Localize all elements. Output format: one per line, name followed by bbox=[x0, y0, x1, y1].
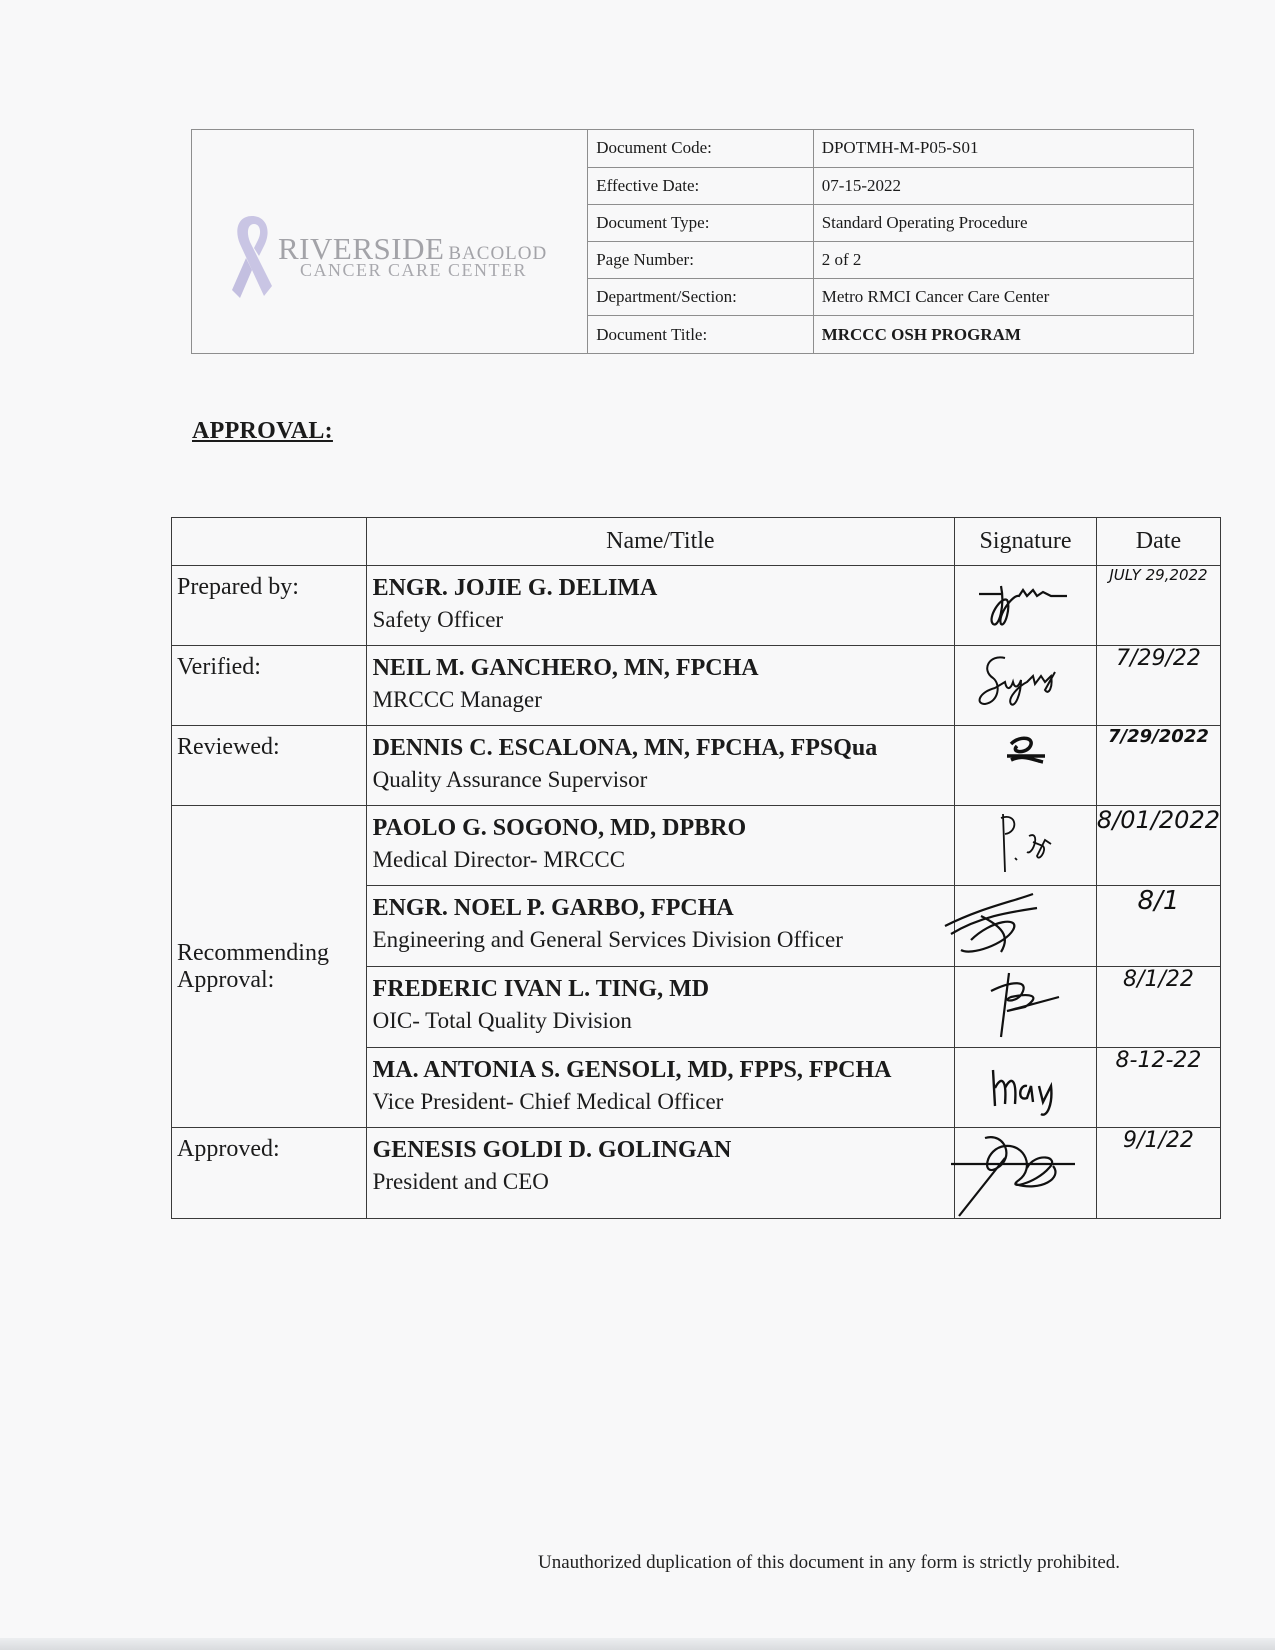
table-row: Approved: GENESIS GOLDI D. GOLINGAN Pres… bbox=[172, 1128, 1221, 1219]
date-cell: 8-12-22 bbox=[1096, 1048, 1220, 1128]
signature-cell bbox=[955, 726, 1097, 806]
signature-scribble-icon bbox=[971, 967, 1081, 1047]
meta-row: Document Type: Standard Operating Proced… bbox=[588, 204, 1193, 241]
role-label: Recommending Approval: bbox=[172, 806, 367, 1128]
meta-label: Document Code: bbox=[588, 130, 813, 167]
table-row: Reviewed: DENNIS C. ESCALONA, MN, FPCHA,… bbox=[172, 726, 1221, 806]
column-header-date: Date bbox=[1096, 518, 1220, 566]
role-label: Prepared by: bbox=[172, 566, 367, 646]
table-row: Recommending Approval: PAOLO G. SOGONO, … bbox=[172, 806, 1221, 886]
table-row: Prepared by: ENGR. JOJIE G. DELIMA Safet… bbox=[172, 566, 1221, 646]
document-title: MRCCC OSH PROGRAM bbox=[813, 316, 1193, 353]
date-cell: 7/29/22 bbox=[1096, 646, 1220, 726]
meta-value: DPOTMH-M-P05-S01 bbox=[813, 130, 1193, 167]
meta-row: Effective Date: 07-15-2022 bbox=[588, 167, 1193, 204]
meta-row: Department/Section: Metro RMCI Cancer Ca… bbox=[588, 279, 1193, 316]
meta-row: Document Title: MRCCC OSH PROGRAM bbox=[588, 316, 1193, 353]
document-header: RIVERSIDEBACOLOD CANCER CARE CENTER Docu… bbox=[191, 129, 1194, 354]
meta-row: Page Number: 2 of 2 bbox=[588, 241, 1193, 278]
name-title-cell: PAOLO G. SOGONO, MD, DPBRO Medical Direc… bbox=[366, 806, 955, 886]
name-title-cell: FREDERIC IVAN L. TING, MD OIC- Total Qua… bbox=[366, 967, 955, 1048]
date-value: 8/01/2022 bbox=[1097, 806, 1220, 834]
signature-scribble-icon bbox=[971, 1048, 1081, 1118]
person-title: Quality Assurance Supervisor bbox=[373, 764, 949, 796]
meta-label: Document Type: bbox=[588, 204, 813, 241]
person-name: ENGR. NOEL P. GARBO, FPCHA bbox=[373, 892, 949, 924]
role-label: Approved: bbox=[172, 1128, 367, 1219]
date-cell: 7/29/2022 bbox=[1096, 726, 1220, 806]
column-header-name-title: Name/Title bbox=[366, 518, 955, 566]
signature-cell bbox=[955, 566, 1097, 646]
name-title-cell: DENNIS C. ESCALONA, MN, FPCHA, FPSQua Qu… bbox=[366, 726, 955, 806]
person-name: ENGR. JOJIE G. DELIMA bbox=[373, 572, 949, 604]
signature-scribble-icon bbox=[941, 886, 1071, 966]
date-value: 8/1 bbox=[1138, 886, 1180, 916]
company-logo: RIVERSIDEBACOLOD CANCER CARE CENTER bbox=[228, 212, 547, 300]
date-cell: 8/01/2022 bbox=[1096, 806, 1220, 886]
name-title-cell: NEIL M. GANCHERO, MN, FPCHA MRCCC Manage… bbox=[366, 646, 955, 726]
column-header-signature: Signature bbox=[955, 518, 1097, 566]
person-name: MA. ANTONIA S. GENSOLI, MD, FPPS, FPCHA bbox=[373, 1054, 949, 1086]
person-name: GENESIS GOLDI D. GOLINGAN bbox=[373, 1134, 949, 1166]
date-cell: 8/1/22 bbox=[1096, 967, 1220, 1048]
brand-tagline: CANCER CARE CENTER bbox=[300, 261, 547, 279]
person-title: OIC- Total Quality Division bbox=[373, 1005, 949, 1037]
approval-heading: APPROVAL: bbox=[192, 418, 333, 445]
person-name: DENNIS C. ESCALONA, MN, FPCHA, FPSQua bbox=[373, 732, 949, 764]
signature-cell bbox=[955, 967, 1097, 1048]
signature-cell bbox=[955, 1048, 1097, 1128]
signature-cell bbox=[955, 806, 1097, 886]
approval-table: Name/Title Signature Date Prepared by: E… bbox=[171, 517, 1221, 1219]
person-title: President and CEO bbox=[373, 1166, 949, 1198]
role-label: Verified: bbox=[172, 646, 367, 726]
date-cell: 8/1 bbox=[1096, 886, 1220, 967]
signature-cell bbox=[955, 1128, 1097, 1219]
meta-label: Department/Section: bbox=[588, 279, 813, 316]
table-header-row: Name/Title Signature Date bbox=[172, 518, 1221, 566]
date-value: 8/1/22 bbox=[1123, 967, 1194, 992]
name-title-cell: ENGR. NOEL P. GARBO, FPCHA Engineering a… bbox=[366, 886, 955, 967]
person-title: Medical Director- MRCCC bbox=[373, 844, 949, 876]
name-title-cell: GENESIS GOLDI D. GOLINGAN President and … bbox=[366, 1128, 955, 1219]
role-label: Reviewed: bbox=[172, 726, 367, 806]
meta-row: Document Code: DPOTMH-M-P05-S01 bbox=[588, 130, 1193, 167]
meta-label: Page Number: bbox=[588, 241, 813, 278]
scan-edge bbox=[0, 1638, 1275, 1650]
meta-label: Document Title: bbox=[588, 316, 813, 353]
meta-label: Effective Date: bbox=[588, 167, 813, 204]
logo-cell: RIVERSIDEBACOLOD CANCER CARE CENTER bbox=[192, 130, 588, 353]
signature-cell bbox=[955, 646, 1097, 726]
date-value: 7/29/2022 bbox=[1108, 726, 1209, 747]
meta-value: Standard Operating Procedure bbox=[813, 204, 1193, 241]
table-row: Verified: NEIL M. GANCHERO, MN, FPCHA MR… bbox=[172, 646, 1221, 726]
date-value: 7/29/22 bbox=[1116, 646, 1201, 671]
date-value: JULY 29,2022 bbox=[1109, 566, 1207, 584]
date-cell: 9/1/22 bbox=[1096, 1128, 1220, 1219]
name-title-cell: MA. ANTONIA S. GENSOLI, MD, FPPS, FPCHA … bbox=[366, 1048, 955, 1128]
signature-cell bbox=[955, 886, 1097, 967]
footer-notice: Unauthorized duplication of this documen… bbox=[538, 1552, 1120, 1574]
meta-value: 07-15-2022 bbox=[813, 167, 1193, 204]
name-title-cell: ENGR. JOJIE G. DELIMA Safety Officer bbox=[366, 566, 955, 646]
date-value: 8-12-22 bbox=[1116, 1048, 1202, 1073]
person-title: Vice President- Chief Medical Officer bbox=[373, 1086, 949, 1118]
date-cell: JULY 29,2022 bbox=[1096, 566, 1220, 646]
person-name: PAOLO G. SOGONO, MD, DPBRO bbox=[373, 812, 949, 844]
person-title: MRCCC Manager bbox=[373, 684, 949, 716]
awareness-ribbon-icon bbox=[228, 212, 276, 300]
signature-scribble-icon bbox=[971, 726, 1081, 776]
signature-scribble-icon bbox=[971, 806, 1081, 876]
person-title: Engineering and General Services Divisio… bbox=[373, 924, 949, 956]
signature-scribble-icon bbox=[971, 646, 1081, 716]
column-header-role bbox=[172, 518, 367, 566]
signature-scribble-icon bbox=[945, 1128, 1095, 1218]
document-meta-table: Document Code: DPOTMH-M-P05-S01 Effectiv… bbox=[588, 130, 1193, 353]
person-name: NEIL M. GANCHERO, MN, FPCHA bbox=[373, 652, 949, 684]
meta-value: Metro RMCI Cancer Care Center bbox=[813, 279, 1193, 316]
meta-value: 2 of 2 bbox=[813, 241, 1193, 278]
date-value: 9/1/22 bbox=[1123, 1128, 1194, 1153]
person-title: Safety Officer bbox=[373, 604, 949, 636]
person-name: FREDERIC IVAN L. TING, MD bbox=[373, 973, 949, 1005]
signature-scribble-icon bbox=[971, 566, 1081, 636]
